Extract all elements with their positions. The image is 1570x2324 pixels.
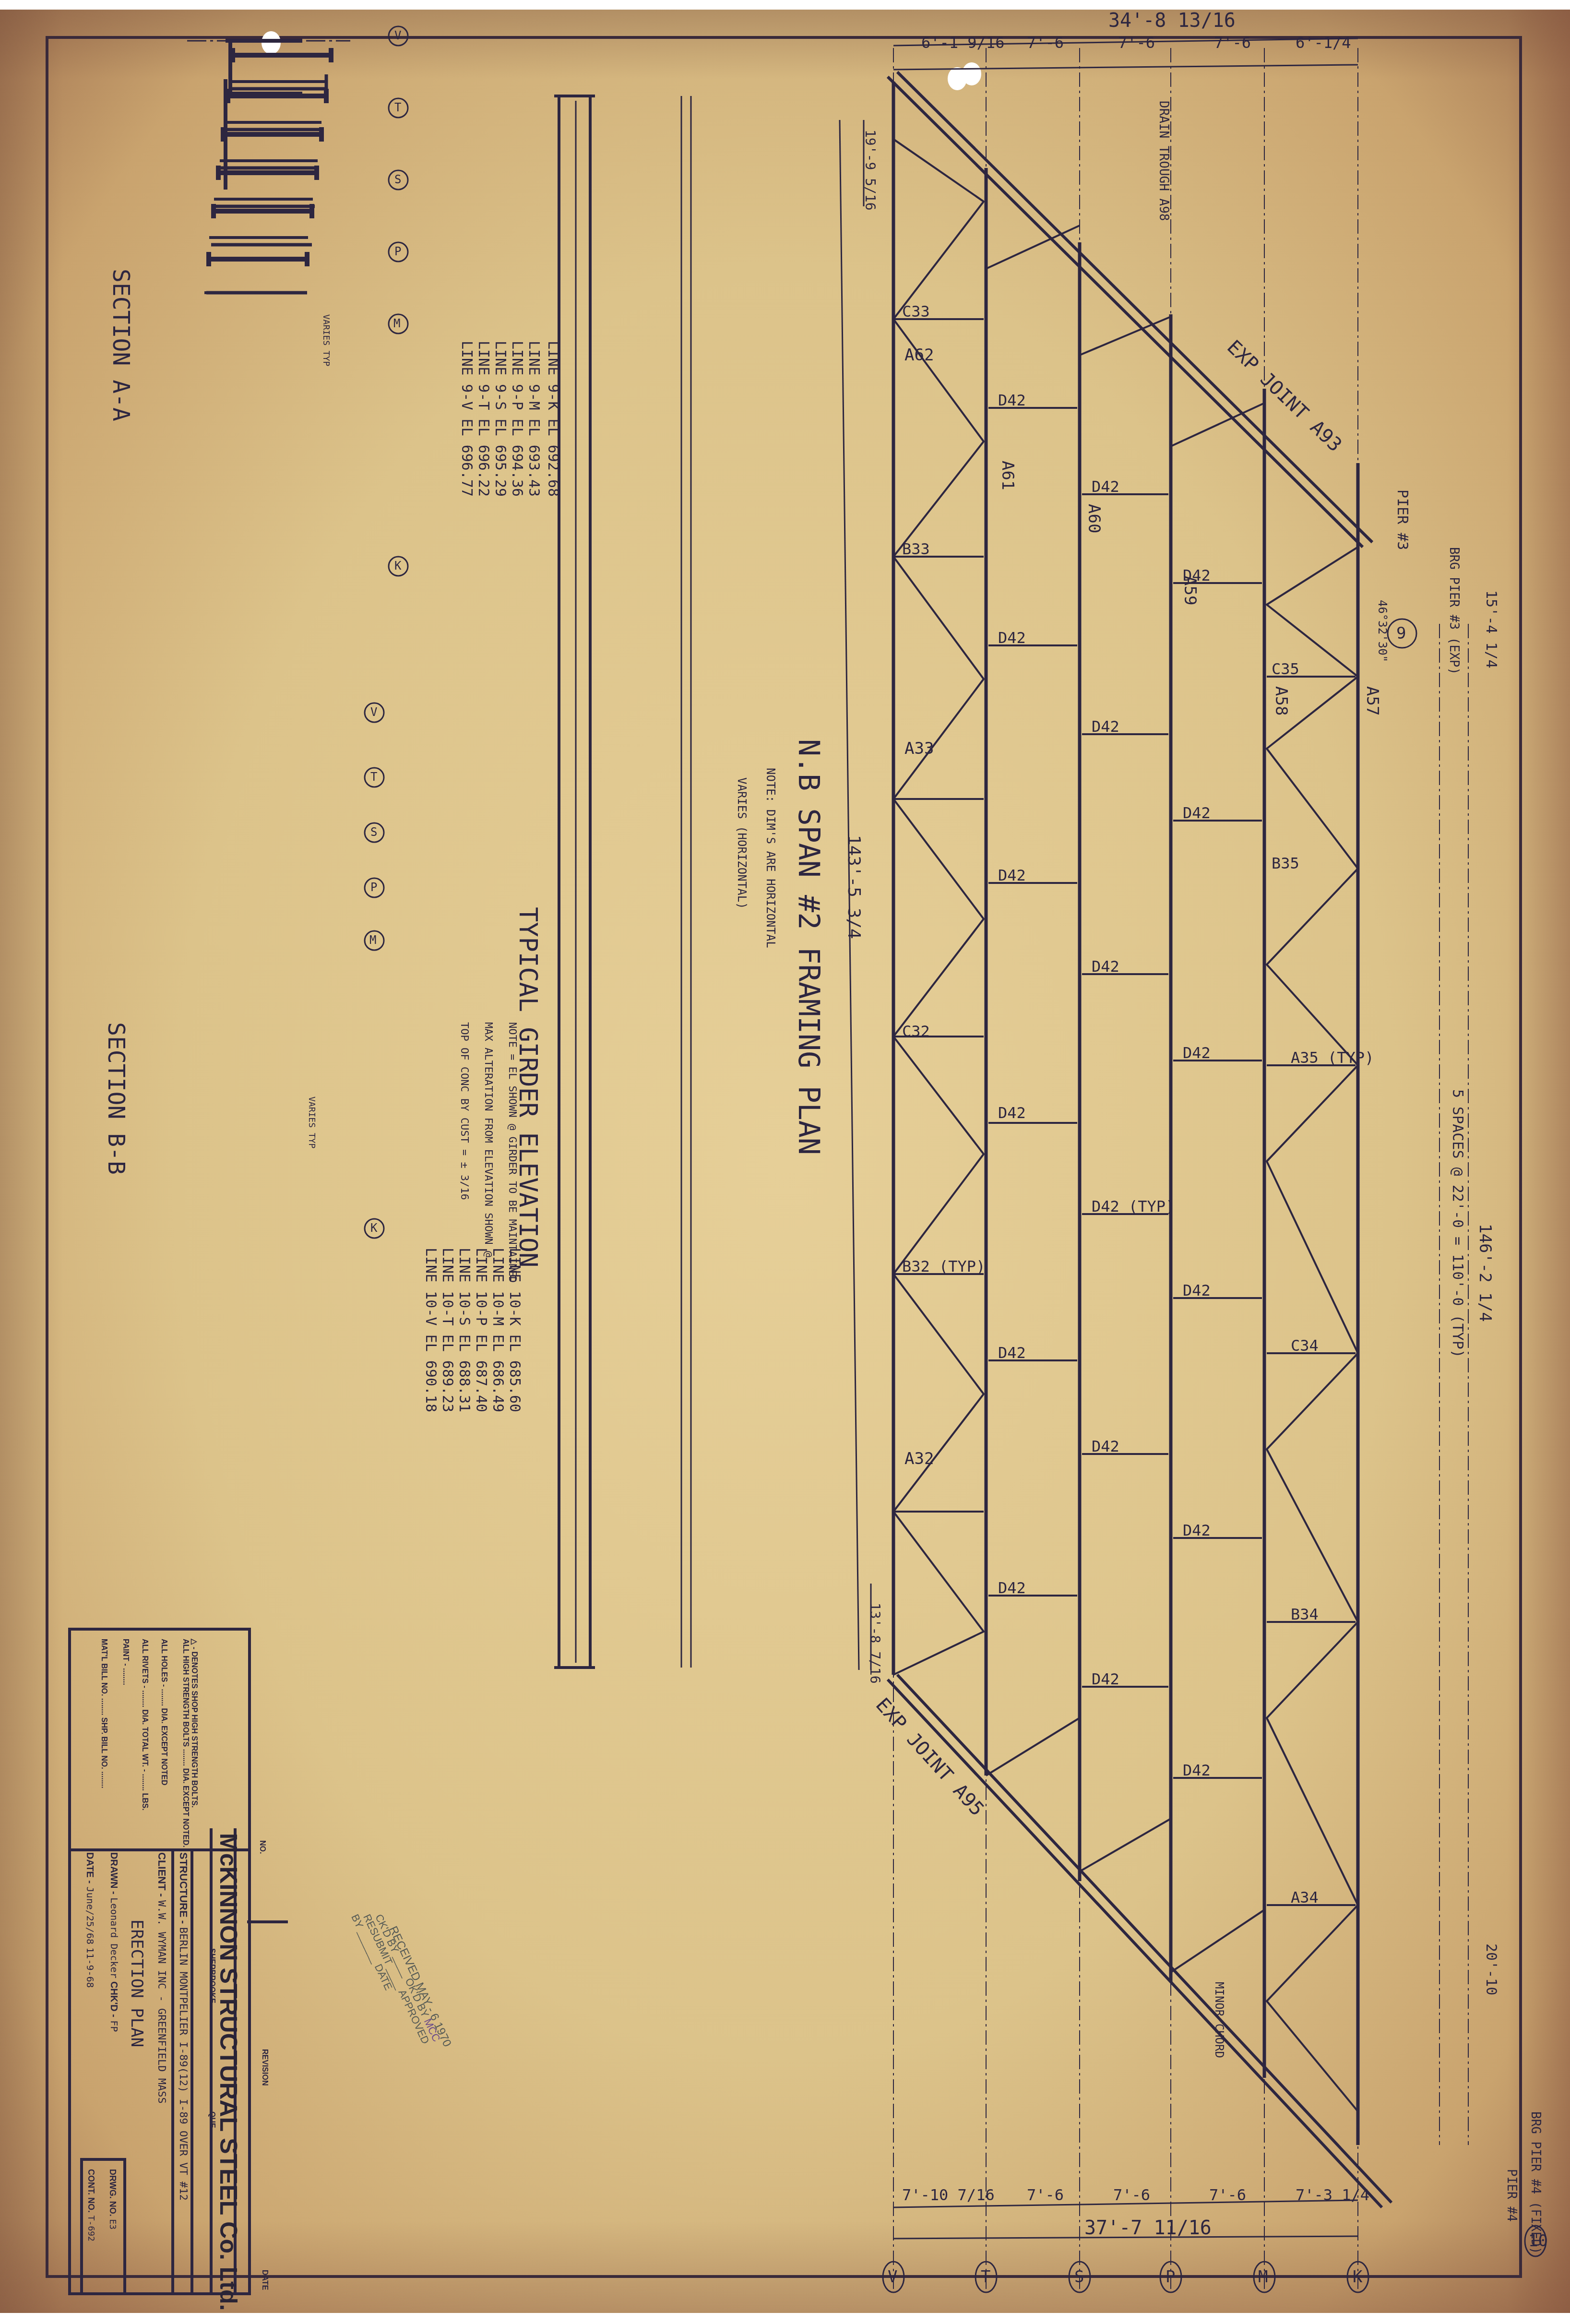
top-dim-1: 6'-1 9/16 (921, 34, 1004, 52)
section-bb-grid: S (370, 825, 377, 839)
line-10v: LINE 10-V EL 690.18 (422, 1248, 439, 1412)
contract-number-field: CONT. NO. T-692 (86, 2169, 96, 2241)
diaphragm-label: B32 (TYP) (902, 1257, 985, 1275)
diaphragm-label: D42 (998, 1579, 1026, 1597)
line-10s: LINE 10-S EL 688.31 (456, 1248, 473, 1412)
diaphragm-label: A34 (1291, 1888, 1319, 1907)
diaphragm-label: C35 (1272, 660, 1299, 678)
gridline-s: S (1074, 2267, 1084, 2287)
right-top-dim: 15'-4 1/4 (1483, 590, 1499, 668)
section-aa-grid: T (394, 101, 401, 114)
right-spacing-dim: 5 SPACES @ 22'-0 = 110'-0 (TYP) (1449, 1089, 1466, 1358)
left-top-dim: 19'-9 5/16 (862, 130, 878, 211)
diaphragm-label: D42 (1092, 477, 1119, 496)
section-aa-grid: V (394, 29, 401, 42)
pier-4-label: PIER #4 (1504, 2169, 1519, 2222)
girder-elevation-inner (576, 96, 691, 1668)
section-aa-grid: K (394, 559, 401, 572)
section-aa-grid: P (394, 245, 401, 258)
line-9s: LINE 9-S EL 695.29 (492, 341, 509, 497)
drain-trough-label: DRAIN TROUGH A98 (1156, 101, 1171, 221)
gridline-p: P (1166, 2267, 1175, 2287)
drawing-title-field: ERECTION PLAN (127, 1919, 146, 2047)
bottom-dim-2: 7'-6 (1027, 2186, 1064, 2204)
section-aa-varies: VARIES TYP (321, 314, 331, 366)
section-bb-varies: VARIES TYP (307, 1096, 317, 1148)
top-dim-2: 7'-6 (1027, 34, 1064, 52)
varies-note: VARIES (HORIZONTAL) (735, 777, 749, 909)
gridline-k: K (1353, 2267, 1362, 2287)
title-note-5: PAINT - ........ (121, 1639, 130, 1685)
company-city: SHERBROOKE (207, 1948, 216, 2003)
girder-elevation-note-3: TOP OF CONC BY CUST = ± 3/16 (458, 1022, 470, 1200)
diaphragm-label: D42 (1183, 804, 1211, 822)
diaphragm-label: D42 (998, 391, 1026, 409)
girder-mark: A58 (1272, 686, 1291, 715)
girder-mark: A62 (904, 346, 934, 365)
brg-pier-3-label: BRG PIER #3 (EXP) (1447, 547, 1461, 675)
gridline-m: M (1258, 2267, 1268, 2287)
line-10p: LINE 10-P EL 687.40 (473, 1248, 489, 1412)
diaphragm-label: B35 (1272, 854, 1299, 872)
top-overall-dim: 34'-8 13/16 (1108, 10, 1236, 32)
drawing-number-field: DRWG. NO. E3 (107, 2169, 118, 2229)
top-dim-5: 6'-1/4 (1296, 34, 1351, 52)
pier-3-label: PIER #3 (1394, 489, 1411, 550)
top-dim-4: 7'-6 (1214, 34, 1251, 52)
line-9k: LINE 9-K EL 692.68 (545, 341, 561, 497)
title-note-2: ALL HIGH STRENGTH BOLTS ........ DIA. EX… (181, 1639, 190, 1847)
bottom-dim-4: 7'-6 (1209, 2186, 1246, 2204)
gridline-10-bubble: 10 (1528, 2231, 1548, 2251)
section-bubbles (365, 26, 408, 1238)
diaphragm-label: D42 (998, 629, 1026, 647)
gridline-9-bubble: 9 (1396, 624, 1406, 643)
diaphragm-label: D42 (998, 866, 1026, 884)
diaphragm-label: B33 (902, 540, 930, 558)
section-aa-grid: M (393, 317, 400, 330)
top-dim-3: 7'-6 (1118, 34, 1155, 52)
revision-header: REVISION (260, 2049, 269, 2086)
section-bb-grid: K (370, 1221, 377, 1235)
bottom-dim-5: 7'-3 1/4 (1296, 2186, 1369, 2204)
diaphragm-label: C33 (902, 302, 930, 321)
diaphragm-label: C34 (1291, 1336, 1319, 1355)
section-aa-label: SECTION A-A (107, 269, 134, 421)
section-aa-grid: S (394, 173, 401, 186)
diaphragm-label: B34 (1291, 1605, 1319, 1623)
gridline-v: V (888, 2267, 897, 2287)
diaphragms (895, 319, 1356, 1905)
line-9p: LINE 9-P EL 694.36 (509, 341, 525, 497)
girder-mark: A60 (1084, 504, 1104, 533)
left-bottom-dim: 13'-8 7/16 (867, 1603, 883, 1684)
right-overall-dim: 146'-2 1/4 (1475, 1224, 1495, 1322)
structure-field: STRUCTURE - BERLIN MONTPELIER I-89(12) I… (177, 1852, 190, 2201)
title-note-4: ALL RIVETS - ........ DIA. TOTAL WT. - .… (140, 1639, 149, 1811)
girder-elevation (554, 96, 595, 1668)
bottom-dim-3: 7'-6 (1113, 2186, 1150, 2204)
drawn-field: DRAWN - Leonard Decker CHK'D - FP (108, 1852, 120, 2032)
gridline-extensions (893, 48, 1468, 2289)
skew-chord-bottom (888, 1675, 1392, 2207)
bottom-dim-1: 7'-10 7/16 (902, 2186, 995, 2204)
line-10t: LINE 10-T EL 689.23 (439, 1248, 456, 1412)
line-9t: LINE 9-T EL 696.22 (475, 341, 492, 497)
bracing-skew (986, 226, 1264, 1972)
diaphragm-label: D42 (1183, 1521, 1211, 1539)
diaphragm-label: D42 (998, 1344, 1026, 1362)
diaphragm-label: D42 (1183, 1044, 1211, 1062)
dims-note: NOTE: DIM'S ARE HORIZONTAL (764, 768, 777, 948)
section-bb-grid: P (370, 881, 377, 894)
client-field: CLIENT - W.W. WYMAN INC - GREENFIELD MAS… (155, 1852, 168, 2104)
girder-mark: A32 (904, 1449, 934, 1468)
girder-elevation-note-1: NOTE = EL SHOWN @ GIRDER TO BE MAINTAINE… (506, 1022, 518, 1283)
framing-plan-title: N.B SPAN #2 FRAMING PLAN (792, 739, 825, 1155)
section-bb-label: SECTION B-B (103, 1022, 130, 1175)
minor-chord-label: MINOR CHORD (1213, 1982, 1226, 2058)
section-bb-grid: M (369, 933, 376, 947)
line-9v: LINE 9-V EL 696.77 (458, 341, 475, 497)
diaphragm-label: D42 (1183, 1761, 1211, 1779)
section-bb-grid: T (370, 770, 377, 784)
gridline-t: T (981, 2267, 990, 2287)
diaphragm-label: C32 (902, 1022, 930, 1040)
revision-no-header: NO. (258, 1840, 266, 1854)
section-aa-beams (192, 0, 233, 41)
line-9m: LINE 9-M EL 693.43 (525, 341, 542, 497)
bracing-vt (893, 139, 984, 1675)
diaphragm-label: D42 (1092, 957, 1119, 976)
section-bb-grid: V (370, 705, 377, 719)
line-10m: LINE 10-M EL 686.49 (489, 1248, 506, 1412)
company-name: McKINNON STRUCTURAL STEEL Co. Ltd. (214, 1833, 242, 2311)
diaphragm-label: D42 (1092, 1437, 1119, 1455)
revision-date-header: DATE (260, 2270, 269, 2290)
girder-elevation-note-2: MAX ALTERATION FROM ELEVATION SHOWN @ (482, 1022, 494, 1257)
date-field: DATE - June/25/68 11-9-68 (84, 1852, 96, 1988)
diaphragm-label: A35 (TYP) (1291, 1049, 1374, 1067)
bracing-mk (1267, 547, 1358, 2111)
girder-mark: A57 (1363, 686, 1382, 715)
line-10k: LINE 10-K EL 685.60 (506, 1248, 523, 1412)
dimension-lines (840, 38, 1358, 2239)
diaphragm-label: D42 (1183, 1281, 1211, 1299)
bottom-overall-dim: 37'-7 11/16 (1084, 2217, 1212, 2239)
title-note-1: △ - DENOTES SHOP HIGH STRENGTH BOLTS. (190, 1639, 199, 1808)
diaphragm-label: D42 (1092, 717, 1119, 736)
right-bottom-dim: 20'-10 (1483, 1943, 1499, 1995)
skew-chord-top (888, 72, 1372, 547)
title-note-3: ALL HOLES - ........ DIA. EXCEPT NOTED (159, 1639, 168, 1786)
pier-3-angle: 46°32'30" (1376, 600, 1389, 662)
diaphragm-label: D42 (1092, 1670, 1119, 1688)
diaphragm-label: D42 (998, 1104, 1026, 1122)
girder-mark: A33 (904, 739, 934, 758)
left-overall-dim: 143'-5 3/4 (844, 835, 864, 939)
girder-mark: A61 (998, 461, 1017, 490)
title-note-6: MAT'L BILL NO. ........ SHP. BILL NO. ..… (99, 1639, 108, 1788)
diaphragm-label: D42 (1183, 566, 1211, 584)
company-province: QUE. (207, 2111, 216, 2130)
diaphragm-label: D42 (TYP) (1092, 1197, 1175, 1216)
